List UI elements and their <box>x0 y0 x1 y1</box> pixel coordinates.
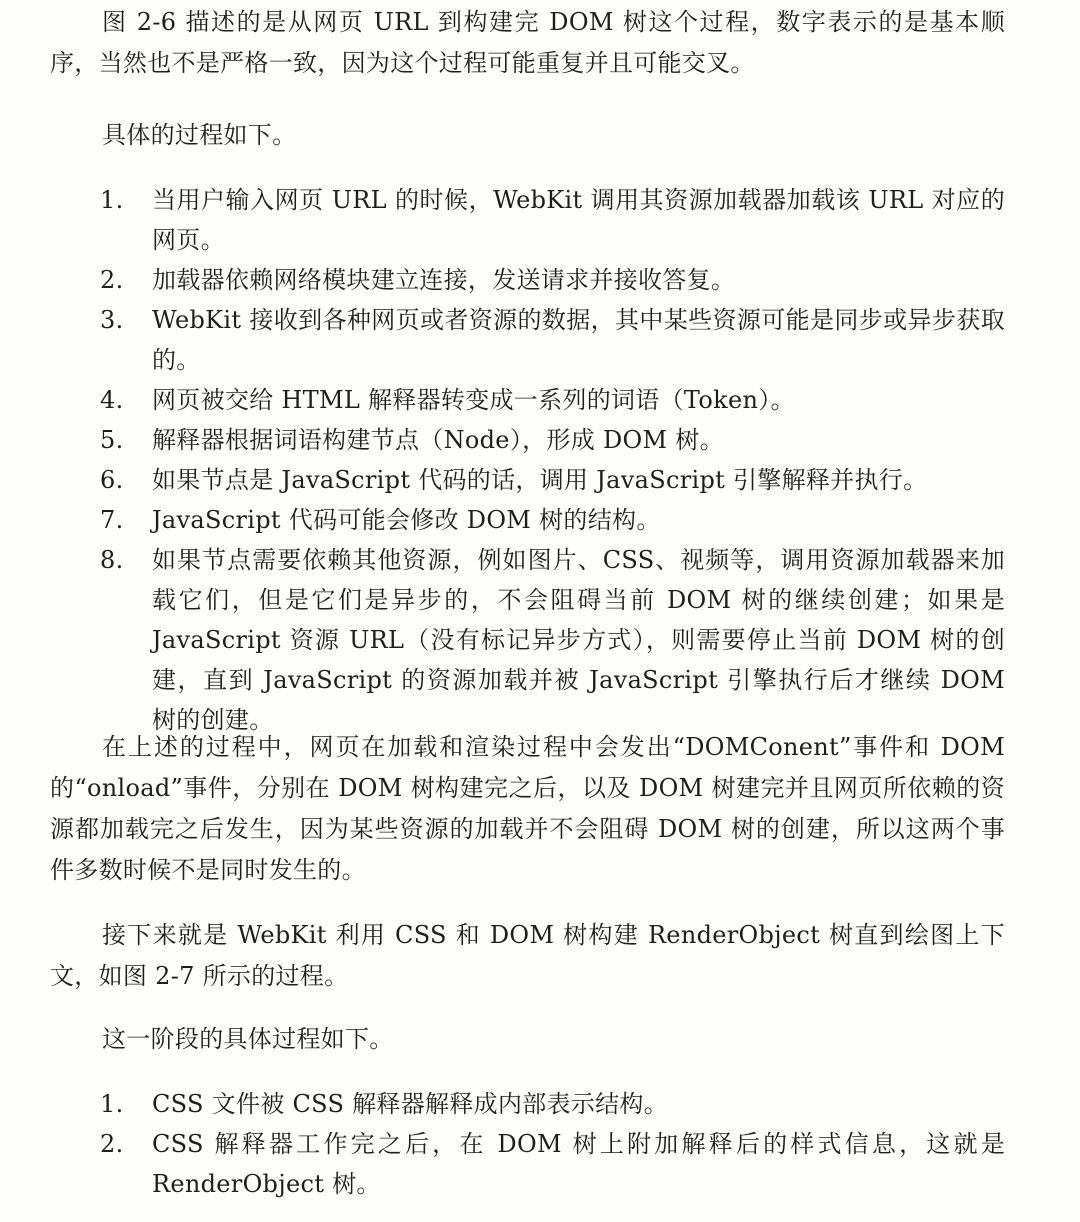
list-item: 4. 网页被交给 HTML 解释器转变成一系列的词语（Token）。 <box>100 380 1005 420</box>
list-item-number: 1. <box>100 1084 140 1124</box>
list-item-number: 4. <box>100 380 140 420</box>
list-item: 1. 当用户输入网页 URL 的时候，WebKit 调用其资源加载器加载该 UR… <box>100 180 1005 260</box>
list-item-text: JavaScript 代码可能会修改 DOM 树的结构。 <box>152 500 1005 540</box>
book-page: 图 2-6 描述的是从网页 URL 到构建完 DOM 树这个过程，数字表示的是基… <box>0 0 1080 1222</box>
list-item: 2. CSS 解释器工作完之后，在 DOM 树上附加解释后的样式信息，这就是 R… <box>100 1124 1005 1204</box>
list-item: 3. WebKit 接收到各种网页或者资源的数据，其中某些资源可能是同步或异步获… <box>100 300 1005 380</box>
list-item-text: WebKit 接收到各种网页或者资源的数据，其中某些资源可能是同步或异步获取的。 <box>152 300 1005 380</box>
list-item-number: 3. <box>100 300 140 340</box>
list-item-text: 如果节点需要依赖其他资源，例如图片、CSS、视频等，调用资源加载器来加载它们，但… <box>152 540 1005 740</box>
stage-heading: 这一阶段的具体过程如下。 <box>50 1019 1005 1060</box>
list-item: 8. 如果节点需要依赖其他资源，例如图片、CSS、视频等，调用资源加载器来加载它… <box>100 540 1005 740</box>
list-item-text: 加载器依赖网络模块建立连接，发送请求并接收答复。 <box>152 260 1005 300</box>
list-item-text: 解释器根据词语构建节点（Node），形成 DOM 树。 <box>152 420 1005 460</box>
list-item-text: 网页被交给 HTML 解释器转变成一系列的词语（Token）。 <box>152 380 1005 420</box>
list-item: 2. 加载器依赖网络模块建立连接，发送请求并接收答复。 <box>100 260 1005 300</box>
list-item-number: 7. <box>100 500 140 540</box>
list-item: 6. 如果节点是 JavaScript 代码的话，调用 JavaScript 引… <box>100 460 1005 500</box>
process-steps-list: 1. 当用户输入网页 URL 的时候，WebKit 调用其资源加载器加载该 UR… <box>100 180 1005 740</box>
list-item-text: 当用户输入网页 URL 的时候，WebKit 调用其资源加载器加载该 URL 对… <box>152 180 1005 260</box>
next-paragraph: 接下来就是 WebKit 利用 CSS 和 DOM 树构建 RenderObje… <box>50 915 1005 997</box>
list-item-number: 1. <box>100 180 140 220</box>
intro-paragraph: 图 2-6 描述的是从网页 URL 到构建完 DOM 树这个过程，数字表示的是基… <box>50 2 1005 84</box>
list-item-text: 如果节点是 JavaScript 代码的话，调用 JavaScript 引擎解释… <box>152 460 1005 500</box>
stage-steps-list: 1. CSS 文件被 CSS 解释器解释成内部表示结构。 2. CSS 解释器工… <box>100 1084 1005 1204</box>
list-item-text: CSS 解释器工作完之后，在 DOM 树上附加解释后的样式信息，这就是 Rend… <box>152 1124 1005 1204</box>
list-item-number: 2. <box>100 1124 140 1164</box>
list-item-number: 6. <box>100 460 140 500</box>
list-item-number: 5. <box>100 420 140 460</box>
list-item-number: 2. <box>100 260 140 300</box>
list-item-number: 8. <box>100 540 140 580</box>
list-item: 5. 解释器根据词语构建节点（Node），形成 DOM 树。 <box>100 420 1005 460</box>
list-item-text: CSS 文件被 CSS 解释器解释成内部表示结构。 <box>152 1084 1005 1124</box>
steps-heading: 具体的过程如下。 <box>50 115 1005 156</box>
events-paragraph: 在上述的过程中，网页在加载和渲染过程中会发出“DOMConent”事件和 DOM… <box>50 727 1005 891</box>
list-item: 1. CSS 文件被 CSS 解释器解释成内部表示结构。 <box>100 1084 1005 1124</box>
list-item: 7. JavaScript 代码可能会修改 DOM 树的结构。 <box>100 500 1005 540</box>
